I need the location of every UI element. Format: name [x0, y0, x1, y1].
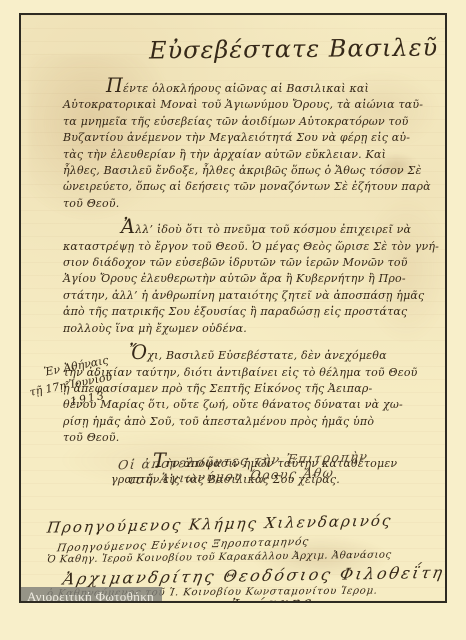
signature-philotheou: Ἀρχιμανδρίτης Θεοδόσιος Φιλοθεΐτης: [61, 563, 447, 589]
letter-line: τὴν ἀδικίαν ταύτην, διότι ἀντιβαίνει εἰς…: [63, 365, 441, 381]
letter-line: σιον διάδοχον τῶν εὐσεβῶν ἱδρυτῶν τῶν ἱε…: [63, 255, 441, 271]
letter-line: ἦλθες, Βασιλεῦ ἔνδοξε, ἦλθες ἀκριβῶς ὅπω…: [63, 163, 441, 179]
letter-line: Πέντε ὁλοκλήρους αἰῶνας αἱ Βασιλικαὶ καὶ: [63, 78, 441, 97]
letter-body: Εὐσεβέστατε Βασιλεῦ Πέντε ὁλοκλήρους αἰῶ…: [21, 35, 445, 488]
letter-line: καταστρέψῃ τὸ ἔργον τοῦ Θεοῦ. Ὁ μέγας Θε…: [63, 239, 441, 255]
letter-line: τὰς τὴν ἐλευθερίαν ἢ τὴν ἀρχαίαν αὐτῶν ε…: [63, 147, 441, 163]
letter-line: ᾗ ἀπεφασίσαμεν πρὸ τῆς Σεπτῆς Εἰκόνος τῆ…: [63, 381, 441, 397]
letter-line: τοῦ Θεοῦ.: [63, 196, 441, 212]
signature-chilandar: Προηγούμενος Κλήμης Χιλενδαρινός: [46, 511, 393, 536]
letter-line: ρίσῃ ἡμᾶς ἀπὸ Σοῦ, τοῦ ἀπεσταλμένου πρὸς…: [63, 414, 441, 430]
paragraph-2: Ἀλλ’ ἰδοὺ ὅτι τὸ πνεῦμα τοῦ κόσμου ἐπιχε…: [63, 219, 441, 337]
letter-line: στάτην, ἀλλ’ ἡ ἀνθρωπίνη ματαιότης ζητεῖ…: [63, 288, 441, 304]
letter-line: Βυζαντίου ἀνέμενον τὴν Μεγαλειότητά Σου …: [63, 130, 441, 146]
letter-line: Ὄχι, Βασιλεῦ Εὐσεβέστατε, δὲν ἀνεχόμεθα: [63, 345, 441, 364]
letter-line: Αὐτοκρατορικαὶ Μοναὶ τοῦ Ἁγιωνύμου Ὄρους…: [63, 97, 441, 113]
letter-line: θένου Μαρίας ὅτι, οὔτε ζωή, οὔτε θάνατος…: [63, 397, 441, 413]
paragraph-1: Πέντε ὁλοκλήρους αἰῶνας αἱ Βασιλικαὶ καὶ…: [63, 78, 441, 212]
letter-line: Ἀλλ’ ἰδοὺ ὅτι τὸ πνεῦμα τοῦ κόσμου ἐπιχε…: [63, 219, 441, 238]
letter-line: ὠνειρεύετο, ὅπως αἱ δεήσεις τῶν μοναζόντ…: [63, 179, 441, 195]
letter-line: τοῦ Θεοῦ.: [63, 430, 441, 446]
letter-title: Εὐσεβέστατε Βασιλεῦ: [149, 33, 439, 64]
signature-flourish: [321, 600, 447, 603]
photo-archive-watermark: Αγιορειτική Φωτοθήκη: [21, 587, 162, 603]
letter-line: ἀπὸ τῆς πατρικῆς Σου ἐξουσίας ἢ παραδώσῃ…: [63, 304, 441, 320]
paragraph-3: Ὄχι, Βασιλεῦ Εὐσεβέστατε, δὲν ἀνεχόμεθα …: [63, 345, 441, 446]
letter-line: πολλοὺς ἵνα μὴ ἔχωμεν οὐδένα.: [63, 321, 441, 337]
manuscript-photo: Εὐσεβέστατε Βασιλεῦ Πέντε ὁλοκλήρους αἰῶ…: [19, 13, 447, 603]
letter-line: τα μνημεῖα τῆς εὐσεβείας τῶν ἀοιδίμων Αὐ…: [63, 114, 441, 130]
letter-line: Ἁγίου Ὄρους ἐλευθερωτὴν αὐτῶν ἄρα ἢ Κυβε…: [63, 271, 441, 287]
